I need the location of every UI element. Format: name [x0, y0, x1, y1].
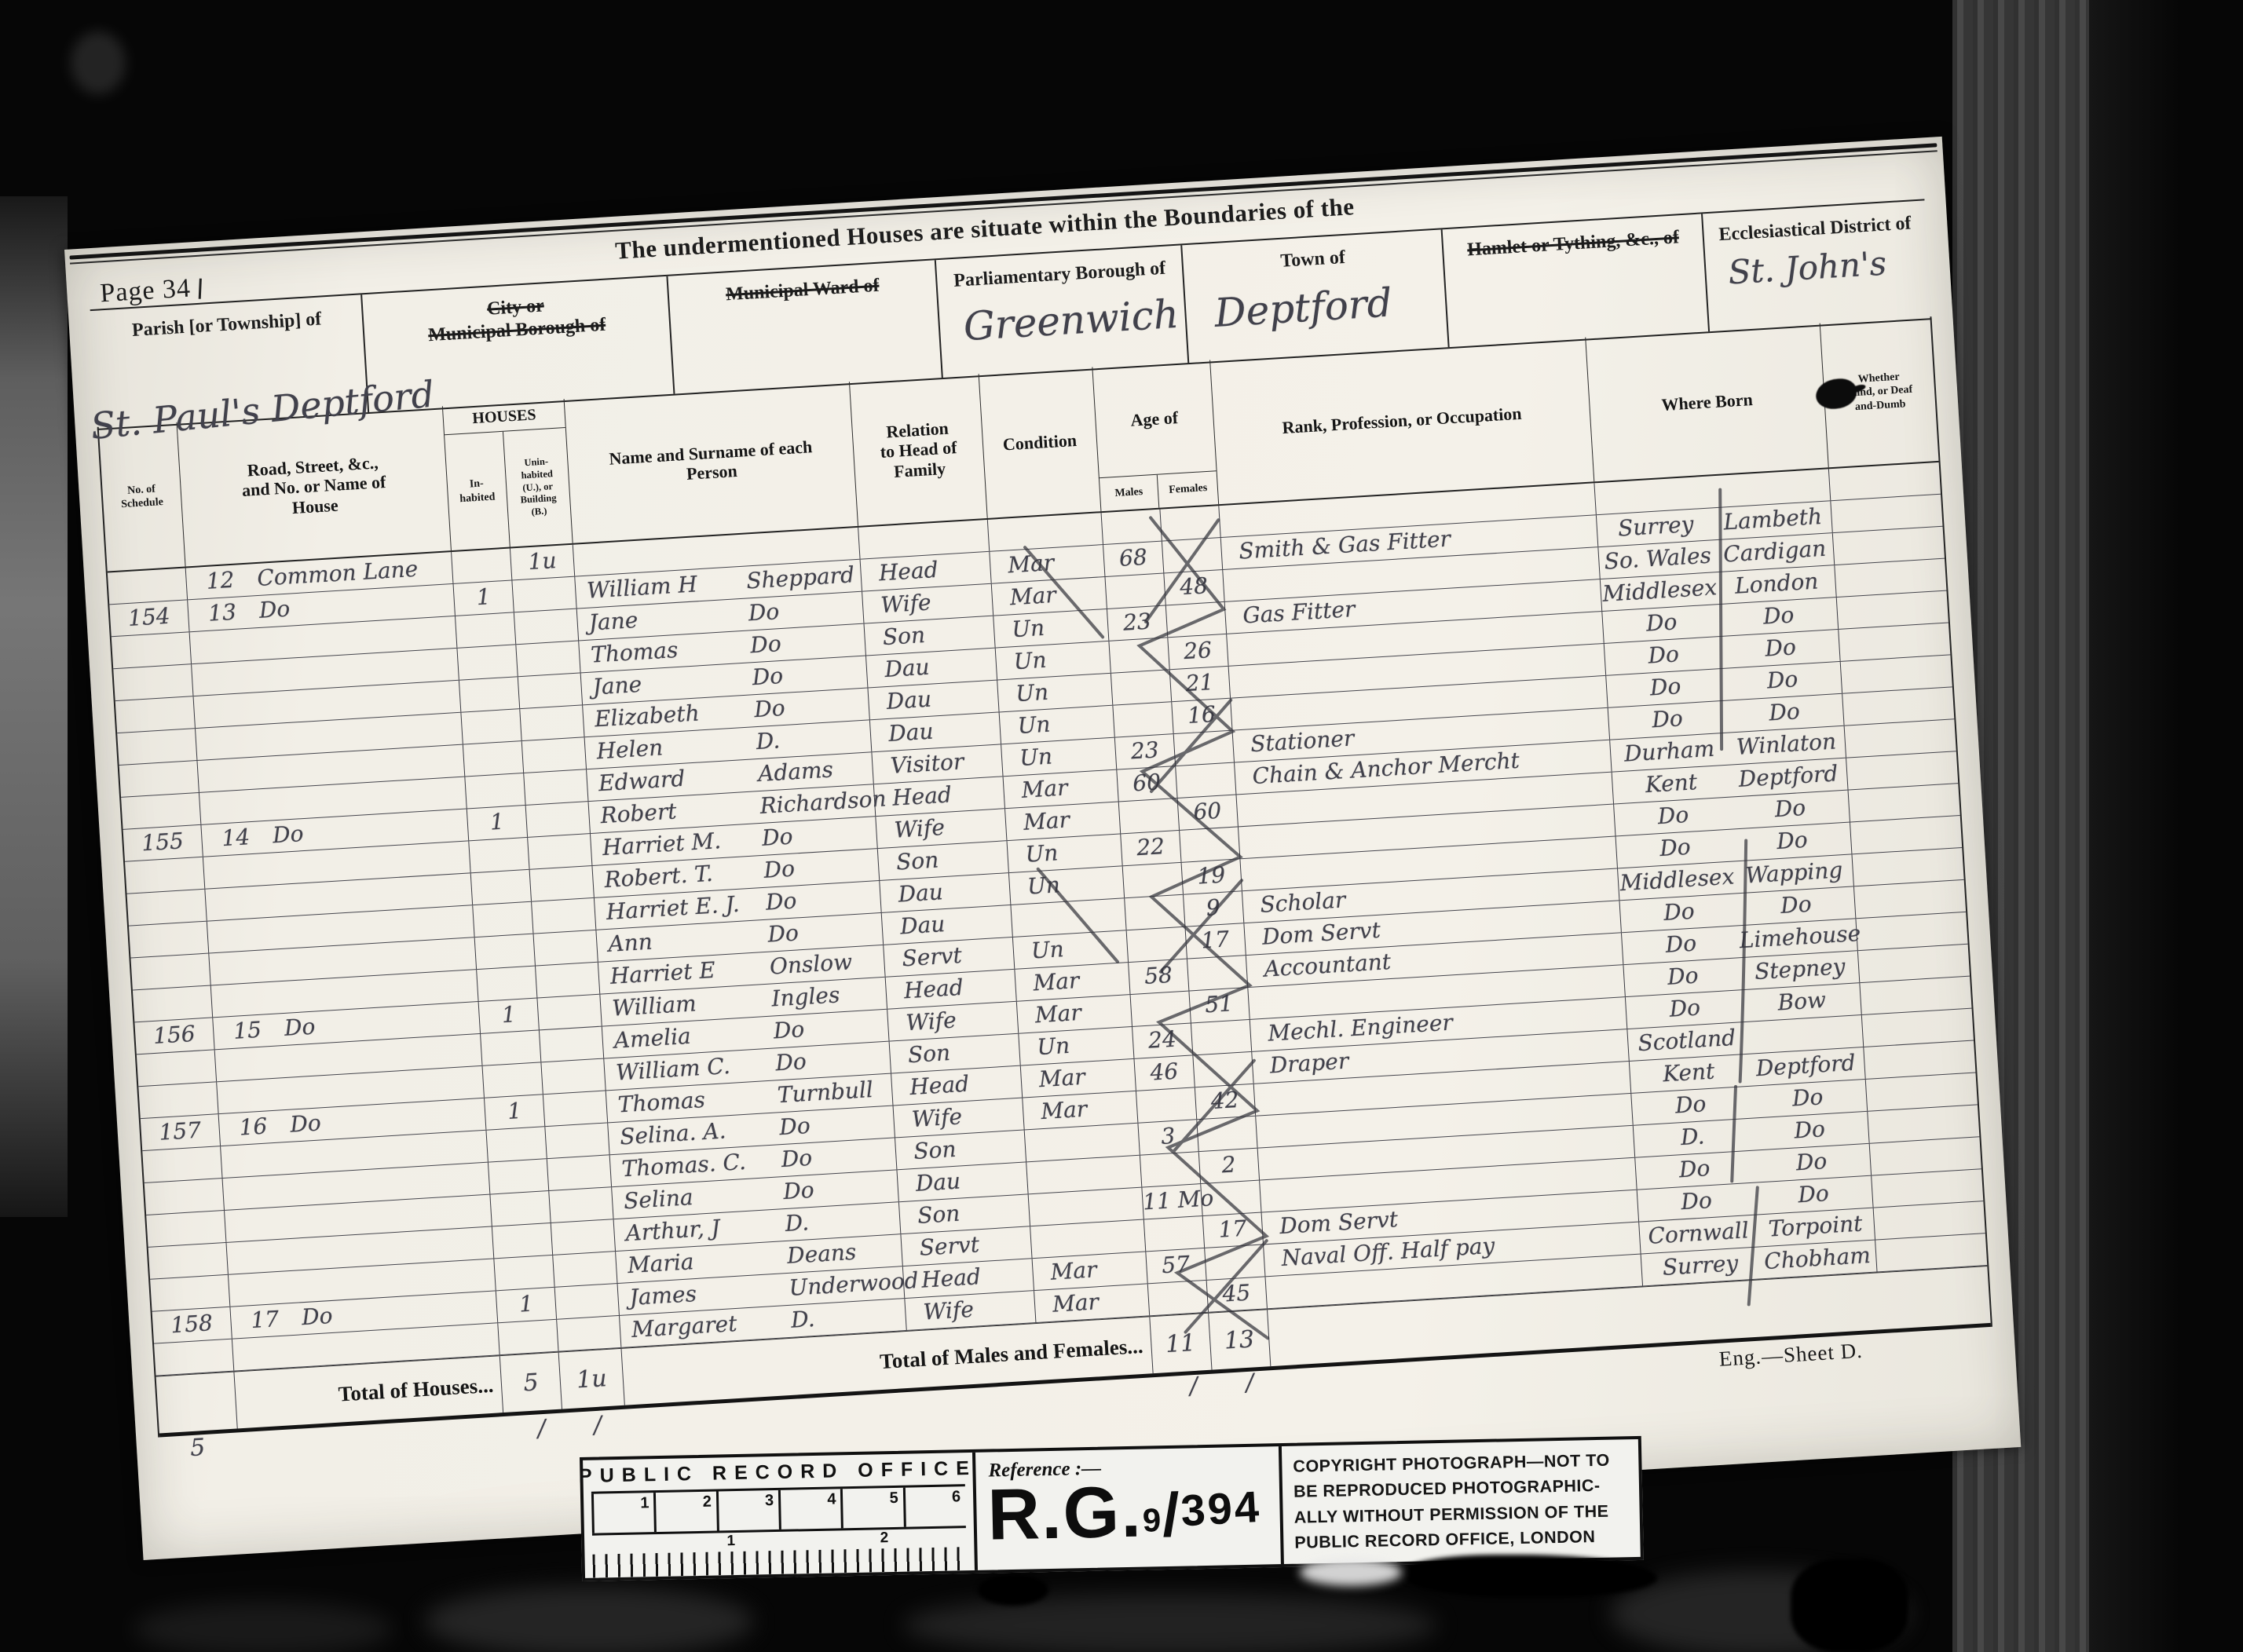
cell-age-females	[1205, 1244, 1265, 1279]
film-dark-blot	[1791, 1559, 1908, 1652]
cell-age-males: 46	[1134, 1055, 1195, 1090]
cell-age-females	[1173, 731, 1234, 766]
cell-age-males: 11 Mo	[1142, 1184, 1202, 1219]
cell-uninhabited	[530, 866, 595, 901]
film-edge-left	[0, 196, 68, 1217]
cell-uninhabited	[536, 963, 600, 998]
col-where-born-label: Where Born	[1661, 389, 1754, 415]
cell-age-females: 2	[1199, 1149, 1260, 1183]
cell-age-males	[1113, 702, 1173, 736]
cell-uninhabited	[532, 898, 596, 934]
cell-schedule: 154	[109, 600, 189, 636]
inch-number: 1	[640, 1494, 649, 1512]
cell-age-males: 24	[1132, 1023, 1193, 1058]
cell-inhabited	[483, 1062, 543, 1097]
reference-number: R.G.9/394	[987, 1469, 1263, 1557]
cell-blind-deaf	[1864, 1041, 1976, 1079]
cell-schedule	[142, 1146, 222, 1182]
cell-blind-deaf	[1839, 623, 1950, 660]
cell-uninhabited	[513, 577, 577, 612]
cell-inhabited	[481, 1030, 541, 1065]
cell-blind-deaf	[1868, 1105, 1979, 1142]
cell-age-females	[1197, 1117, 1257, 1151]
cell-age-females: 45	[1206, 1277, 1267, 1311]
film-blotch	[71, 31, 126, 94]
inch-number: 6	[952, 1488, 961, 1506]
cell-age-males: 23	[1107, 605, 1168, 640]
fine-ruler-number: 2	[880, 1530, 888, 1547]
film-edge-fade	[2089, 0, 2243, 1652]
cell-age-females	[1187, 956, 1248, 990]
cell-schedule	[150, 1275, 230, 1311]
cell-blind-deaf	[1866, 1073, 1978, 1110]
cell-inhabited	[492, 1223, 553, 1258]
col-females-label: Females	[1169, 481, 1208, 497]
cell-inhabited	[456, 612, 516, 647]
cell-uninhabited	[528, 834, 592, 869]
col-relation: Relation to Head of Family	[850, 374, 987, 526]
cell-uninhabited	[543, 1091, 608, 1126]
cell-age-males	[1126, 927, 1187, 962]
cell-inhabited	[458, 645, 518, 679]
cell-age-females: 19	[1181, 859, 1242, 894]
cell-uninhabited	[538, 995, 602, 1030]
males-females-check-ticks: ∕ ∕	[1165, 1366, 1300, 1402]
col-occupation: Rank, Profession, or Occupation	[1210, 338, 1594, 504]
header-hamlet-label: Hamlet or Tything, &c., of	[1466, 226, 1679, 261]
cell-schedule	[112, 632, 192, 668]
cell-age-females: 26	[1168, 634, 1228, 669]
cell-uninhabited	[551, 1219, 616, 1255]
header-parliamentary-borough-label: Parliamentary Borough of	[953, 258, 1166, 293]
col-road-label: Road, Street, &c., and No. or Name of Ho…	[240, 452, 388, 521]
cell-schedule	[146, 1211, 226, 1247]
pro-reference-section: Reference :— R.G.9/394	[975, 1446, 1284, 1570]
inch-segment: 6	[903, 1486, 966, 1527]
cell-age-females: 17	[1185, 923, 1246, 958]
film-dark-blot	[1406, 1555, 1657, 1598]
col-name: Name and Surname of each Person	[565, 382, 859, 543]
cell-blind-deaf	[1846, 751, 1958, 789]
cell-uninhabited	[557, 1316, 621, 1351]
header-parish-label: Parish [or Township] of	[131, 308, 322, 342]
cell-schedule: 157	[141, 1114, 221, 1150]
cell-blind-deaf	[1850, 816, 1962, 853]
cell-age-females: 16	[1172, 699, 1232, 733]
inch-number: 2	[702, 1493, 712, 1511]
cell-age-males	[1148, 1281, 1209, 1315]
microfilm-photo: Page 34 The undermentioned Houses are si…	[0, 0, 2243, 1652]
cell-schedule	[138, 1082, 218, 1118]
cell-schedule	[113, 664, 193, 700]
cell-inhabited	[452, 549, 512, 583]
cell-schedule	[137, 1050, 217, 1086]
cell-blind-deaf	[1841, 655, 1952, 693]
pro-copyright-section: COPYRIGHT PHOTOGRAPH—NOT TO BE REPRODUCE…	[1282, 1439, 1641, 1564]
cell-schedule	[129, 922, 209, 958]
col-age: Age of Males Females	[1092, 360, 1219, 511]
col-where-born: Where Born	[1586, 323, 1829, 482]
cell-inhabited	[471, 870, 532, 905]
header-parliamentary-borough: Parliamentary Borough of Greenwich	[936, 245, 1189, 378]
cell-schedule: 155	[123, 825, 203, 861]
cell-uninhabited	[553, 1252, 617, 1287]
cell-age-males	[1119, 799, 1180, 833]
film-blotch	[424, 1586, 754, 1652]
cell-age-females: 17	[1202, 1213, 1263, 1248]
cell-age-males: 23	[1115, 734, 1176, 769]
col-age-label: Age of	[1130, 408, 1179, 430]
cell-inhabited	[491, 1191, 551, 1226]
cell-inhabited	[477, 967, 537, 1001]
cell-blind-deaf	[1831, 495, 1943, 532]
cell-blind-deaf	[1842, 687, 1954, 725]
reference-class: 9	[1142, 1501, 1162, 1538]
cell-uninhabited	[540, 1027, 604, 1062]
cell-blind-deaf	[1854, 880, 1966, 918]
cell-age-males: 22	[1121, 831, 1181, 865]
cell-age-females: 48	[1164, 570, 1224, 605]
film-dark-blot	[978, 1574, 1048, 1606]
cell-age-males	[1111, 670, 1172, 704]
inch-number: 4	[827, 1490, 836, 1508]
reference-series: R.G.	[987, 1472, 1143, 1555]
cell-inhabited	[473, 902, 533, 937]
inch-ruler: 1 2 3 4 5 6	[591, 1484, 966, 1536]
cell-schedule	[121, 793, 201, 829]
cell-schedule	[108, 568, 188, 604]
fine-ruler: 1 2	[592, 1528, 967, 1578]
cell-age-males	[1123, 863, 1184, 897]
cell-uninhabited	[542, 1059, 606, 1095]
cell-age-males	[1140, 1152, 1201, 1186]
film-blotch	[903, 1594, 1437, 1652]
cell-blind-deaf	[1872, 1169, 1983, 1207]
cell-schedule	[115, 696, 196, 733]
cell-age-males	[1136, 1087, 1197, 1122]
cell-blind-deaf	[1853, 848, 1964, 886]
col-inhabited-label: In- habited	[459, 477, 496, 506]
cell-blind-deaf	[1861, 977, 1972, 1014]
cell-uninhabited	[514, 609, 579, 645]
parliamentary-borough-handwritten-value: Greenwich	[962, 291, 1180, 349]
cell-uninhabited	[549, 1187, 613, 1223]
cell-age-males: 3	[1138, 1120, 1198, 1154]
cell-schedule	[133, 985, 213, 1022]
cell-age-females	[1191, 1020, 1252, 1054]
reference-piece: 394	[1180, 1481, 1263, 1537]
cell-uninhabited	[534, 930, 598, 966]
col-schedule-label: No. of Schedule	[120, 482, 164, 512]
cell-uninhabited: 1u	[510, 545, 575, 580]
cell-inhabited	[466, 773, 526, 808]
cell-blind-deaf	[1833, 527, 1945, 565]
header-town: Town of Deptford	[1182, 229, 1449, 363]
reference-slash: /	[1162, 1480, 1181, 1549]
cell-inhabited	[499, 1320, 559, 1354]
cell-age-females: 60	[1177, 795, 1238, 829]
cell-blind-deaf	[1845, 719, 1956, 757]
cell-inhabited: 1	[485, 1095, 545, 1129]
cell-age-females	[1166, 602, 1227, 637]
cell-age-females: 9	[1184, 891, 1244, 926]
cell-schedule: 156	[134, 1018, 214, 1054]
header-municipal-ward: Municipal Ward of	[668, 260, 942, 393]
inch-segment: 2	[653, 1492, 716, 1533]
cell-inhabited: 1	[479, 998, 540, 1032]
col-males-label: Males	[1114, 485, 1143, 501]
cell-age-males	[1125, 895, 1185, 930]
cell-inhabited	[463, 741, 524, 776]
houses-check-ticks: ∕ ∕	[512, 1409, 647, 1444]
cell-age-females	[1201, 1181, 1261, 1215]
cell-age-females	[1176, 763, 1236, 798]
cell-blind-deaf	[1874, 1201, 1985, 1239]
cell-uninhabited	[555, 1284, 620, 1319]
header-ecclesiastical-district-label: Ecclesiastical District of	[1718, 212, 1912, 247]
cell-schedule: 158	[152, 1307, 232, 1343]
cell-inhabited	[459, 677, 520, 711]
cell-age-males	[1109, 638, 1169, 672]
cell-inhabited: 1	[467, 806, 528, 840]
cell-age-males: 57	[1146, 1248, 1206, 1283]
col-condition: Condition	[979, 367, 1102, 517]
cell-inhabited	[487, 1127, 547, 1161]
cell-uninhabited	[547, 1155, 612, 1190]
header-city-borough-label: City or Municipal Borough of	[426, 291, 606, 347]
cell-uninhabited	[526, 802, 591, 837]
cell-age-females	[1160, 506, 1220, 540]
cell-age-males: 68	[1103, 542, 1164, 576]
cell-age-females	[1193, 1052, 1253, 1087]
cell-blind-deaf	[1857, 912, 1968, 950]
col-condition-label: Condition	[1002, 430, 1078, 455]
cell-inhabited: 1	[496, 1288, 557, 1322]
cell-uninhabited	[524, 769, 588, 805]
table-body: 12Common Lane1u15413Do1William HSheppard…	[108, 462, 1987, 1376]
cell-age-females: 21	[1169, 667, 1230, 701]
cell-age-females	[1180, 827, 1240, 861]
cell-age-females	[1162, 538, 1223, 572]
inch-segment: 1	[591, 1493, 654, 1533]
cell-schedule	[130, 954, 210, 990]
cell-inhabited	[475, 934, 536, 969]
inch-number: 5	[889, 1489, 898, 1508]
cell-age-males: 60	[1117, 766, 1177, 801]
cell-uninhabited	[518, 673, 583, 708]
cell-inhabited: 1	[454, 580, 514, 615]
cell-inhabited	[495, 1255, 555, 1290]
cell-blind-deaf	[1835, 559, 1947, 597]
film-glare	[1300, 1559, 1402, 1586]
cell-schedule	[119, 761, 199, 797]
cell-age-males	[1105, 573, 1165, 608]
inch-segment: 4	[778, 1489, 841, 1530]
cell-inhabited	[470, 838, 530, 872]
cell-schedule	[127, 890, 207, 926]
cell-blind-deaf	[1858, 945, 1970, 982]
census-page: Page 34 The undermentioned Houses are si…	[64, 137, 2021, 1560]
header-municipal-ward-label: Municipal Ward of	[725, 275, 880, 307]
cell-schedule	[145, 1179, 225, 1215]
col-relation-label: Relation to Head of Family	[878, 418, 958, 482]
cell-uninhabited	[522, 737, 587, 773]
header-hamlet: Hamlet or Tything, &c., of	[1443, 214, 1710, 347]
census-table: No. of Schedule Road, Street, &c., and N…	[97, 316, 1992, 1437]
ecclesiastical-district-handwritten-value: St. John's	[1727, 243, 1887, 291]
cell-blind-deaf	[1849, 784, 1960, 821]
fine-ruler-number: 1	[726, 1533, 735, 1550]
cell-blind-deaf	[1862, 1009, 1974, 1047]
header-town-label: Town of	[1280, 247, 1346, 273]
header-ecclesiastical-district: Ecclesiastical District of St. John's	[1703, 200, 1932, 331]
cell-inhabited	[462, 709, 522, 744]
header-parish: Parish [or Township] of St. Paul's Deptf…	[90, 294, 369, 429]
col-houses-label: HOUSES	[472, 406, 536, 428]
town-handwritten-value: Deptford	[1213, 280, 1393, 336]
cell-uninhabited	[516, 641, 580, 676]
cell-blind-deaf	[1829, 462, 1941, 500]
inch-segment: 5	[840, 1488, 903, 1529]
col-uninhabited-label: Unin- habited (U.), or Building (B.)	[518, 455, 557, 519]
cell-age-males: 58	[1129, 959, 1189, 994]
film-blotch	[134, 1602, 393, 1652]
cell-uninhabited	[545, 1123, 609, 1158]
cell-inhabited	[488, 1159, 549, 1193]
cell-age-males	[1101, 510, 1162, 544]
cell-blind-deaf	[1875, 1234, 1987, 1271]
cell-blind-deaf	[1870, 1137, 1981, 1175]
pro-ruler-section: PUBLIC RECORD OFFICE 1 2 3 4 5 6 1 2	[583, 1453, 978, 1578]
inch-number: 3	[765, 1492, 774, 1510]
inch-segment: 3	[716, 1490, 779, 1531]
cell-age-females: 51	[1189, 988, 1250, 1022]
cell-blind-deaf	[1837, 591, 1948, 629]
cell-schedule	[154, 1340, 234, 1376]
col-houses: HOUSES In- habited Unin- habited (U.), o…	[443, 399, 573, 550]
cell-age-males	[1130, 992, 1191, 1026]
col-name-label: Name and Surname of each Person	[609, 437, 814, 488]
col-occupation-label: Rank, Profession, or Occupation	[1282, 404, 1522, 438]
sheet-label: Eng.—Sheet D.	[1718, 1339, 1864, 1372]
cell-schedule	[148, 1243, 229, 1279]
cell-uninhabited	[520, 705, 584, 740]
cell-schedule	[125, 857, 205, 894]
cell-schedule	[117, 729, 197, 765]
schedule-count: 5	[189, 1434, 206, 1462]
cell-age-females: 42	[1195, 1084, 1256, 1119]
cell-age-males	[1144, 1216, 1205, 1251]
